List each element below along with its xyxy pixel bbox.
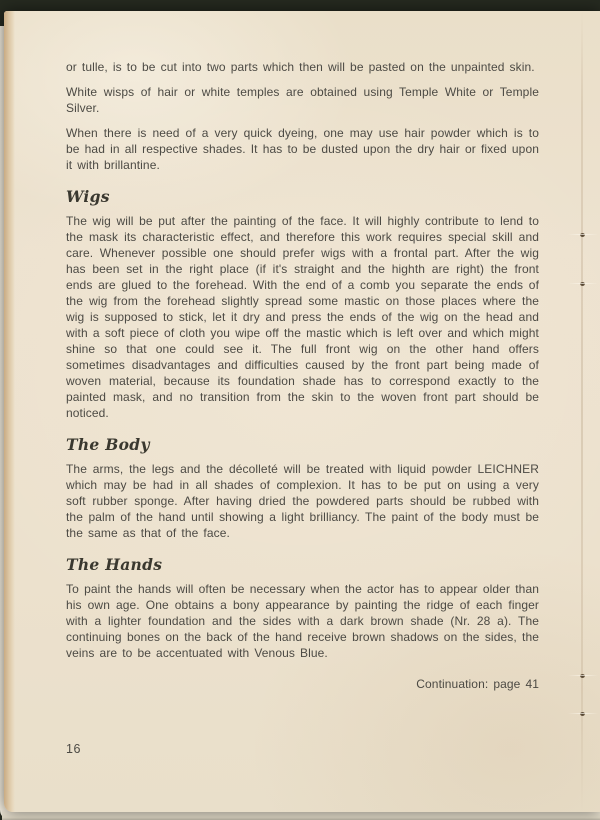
stitch-hole (580, 674, 585, 678)
paragraph-white-wisps: White wisps of hair or white temples are… (66, 84, 539, 116)
paragraph-the-body: The arms, the legs and the décolleté wil… (66, 461, 539, 541)
paragraph-the-hands: To paint the hands will often be necessa… (66, 581, 539, 661)
section-heading-the-hands: The Hands (66, 556, 539, 574)
book-photo: or tulle, is to be cut into two parts wh… (0, 0, 600, 820)
section-heading-the-body: The Body (66, 436, 539, 454)
stitch-hole (580, 712, 585, 716)
continuation-note: Continuation: page 41 (66, 676, 539, 692)
book-page: or tulle, is to be cut into two parts wh… (4, 11, 600, 812)
binding-crease (581, 11, 583, 812)
paragraph-wigs: The wig will be put after the painting o… (66, 213, 539, 421)
page-content: or tulle, is to be cut into two parts wh… (66, 59, 539, 692)
paragraph-tulle: or tulle, is to be cut into two parts wh… (66, 59, 539, 75)
stitch-hole (580, 233, 585, 237)
section-heading-wigs: Wigs (66, 188, 539, 206)
page-number: 16 (66, 742, 81, 756)
paragraph-quick-dyeing: When there is need of a very quick dyein… (66, 125, 539, 173)
page-block-edge (4, 11, 15, 812)
stitch-hole (580, 282, 585, 286)
